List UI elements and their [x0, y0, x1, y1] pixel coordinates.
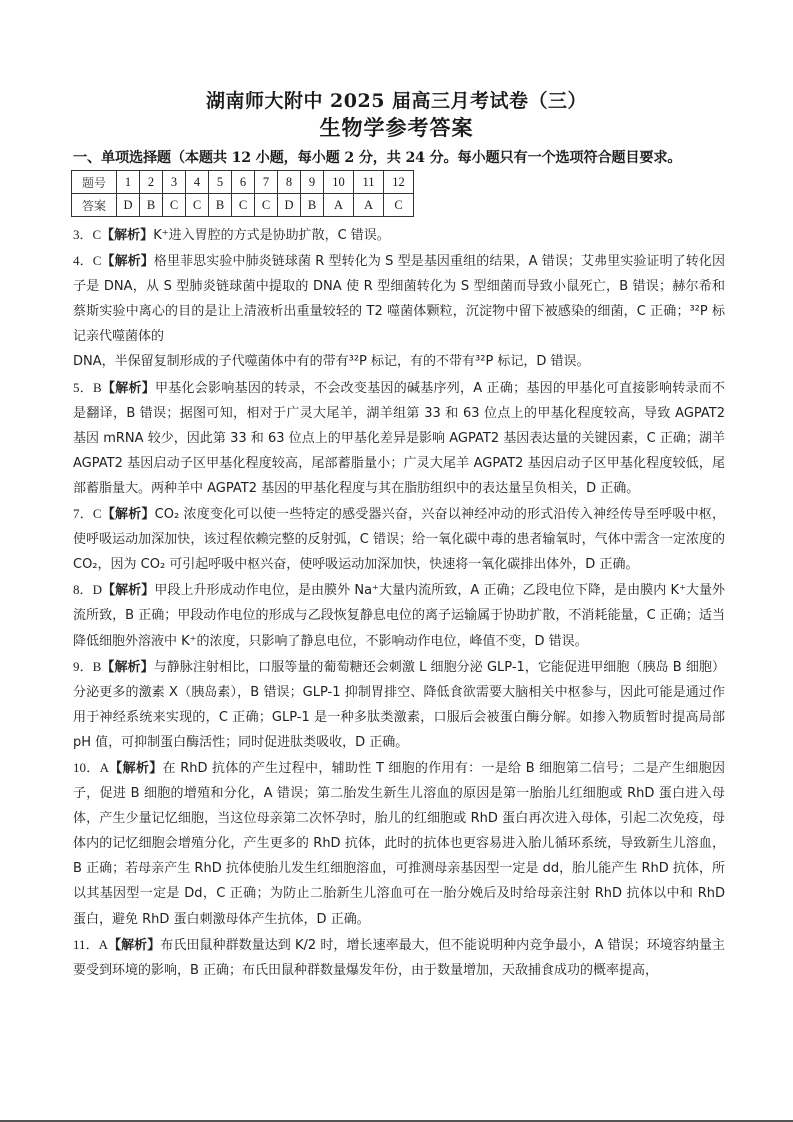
question-cell: 12 [384, 171, 414, 194]
question-cell: 4 [186, 171, 209, 194]
section-heading: 一、单项选择题（本题共 12 小题，每小题 2 分，共 24 分。每小题只有一个… [73, 147, 793, 167]
explanation-q5: 5．B【解析】甲基化会影响基因的转录，不会改变基因的碱基序列，A 正确；基因的甲… [73, 375, 725, 501]
question-cell: 5 [209, 171, 232, 194]
explanation-q8: 8．D【解析】甲段上升形成动作电位，是由膜外 Na⁺大量内流所致，A 正确；乙段… [73, 577, 725, 653]
question-number-row: 题号 1 2 3 4 5 6 7 8 9 10 11 12 [72, 171, 414, 194]
answer-table: 题号 1 2 3 4 5 6 7 8 9 10 11 12 答案 D B C C… [71, 170, 414, 217]
answer-row: 答案 D B C C B C C D B A A C [72, 194, 414, 217]
explanation-q11: 11．A【解析】布氏田鼠种群数量达到 K/2 时，增长速率最大，但不能说明种内竞… [73, 932, 725, 983]
explanation-q7: 7．C【解析】CO₂ 浓度变化可以使一些特定的感受器兴奋，兴奋以神经冲动的形式沿… [73, 501, 725, 577]
answer-cell: B [301, 194, 324, 217]
question-cell: 9 [301, 171, 324, 194]
answer-cell: C [186, 194, 209, 217]
document-subtitle: 生物学参考答案 [0, 112, 793, 142]
question-cell: 2 [140, 171, 163, 194]
answer-cell: C [255, 194, 278, 217]
explanation-q4-continued: DNA，半保留复制形成的子代噬菌体中有的带有³²P 标记，有的不带有³²P 标记… [73, 349, 725, 374]
answer-cell: D [117, 194, 140, 217]
answer-cell: C [384, 194, 414, 217]
explanations-body: 3．C【解析】K⁺进入胃腔的方式是协助扩散，C 错误。 4．C【解析】格里菲思实… [73, 222, 725, 983]
answer-cell: C [163, 194, 186, 217]
question-cell: 1 [117, 171, 140, 194]
answer-cell: A [354, 194, 384, 217]
explanation-q10: 10．A【解析】在 RhD 抗体的产生过程中，辅助性 T 细胞的作用有：一是给 … [73, 755, 725, 932]
explanation-q3: 3．C【解析】K⁺进入胃腔的方式是协助扩散，C 错误。 [73, 222, 725, 248]
question-cell: 7 [255, 171, 278, 194]
question-cell: 10 [324, 171, 354, 194]
answer-cell: C [232, 194, 255, 217]
explanation-q4: 4．C【解析】格里菲思实验中肺炎链球菌 R 型转化为 S 型是基因重组的结果，A… [73, 248, 725, 349]
question-cell: 11 [354, 171, 384, 194]
document-title: 湖南师大附中 2025 届高三月考试卷（三） [0, 86, 793, 113]
question-cell: 6 [232, 171, 255, 194]
question-cell: 3 [163, 171, 186, 194]
row-label-answer: 答案 [72, 194, 117, 217]
answer-cell: B [209, 194, 232, 217]
row-label-question: 题号 [72, 171, 117, 194]
explanation-q9: 9．B【解析】与静脉注射相比，口服等量的葡萄糖还会刺激 L 细胞分泌 GLP-1… [73, 654, 725, 755]
answer-cell: A [324, 194, 354, 217]
question-cell: 8 [278, 171, 301, 194]
answer-cell: B [140, 194, 163, 217]
answer-cell: D [278, 194, 301, 217]
